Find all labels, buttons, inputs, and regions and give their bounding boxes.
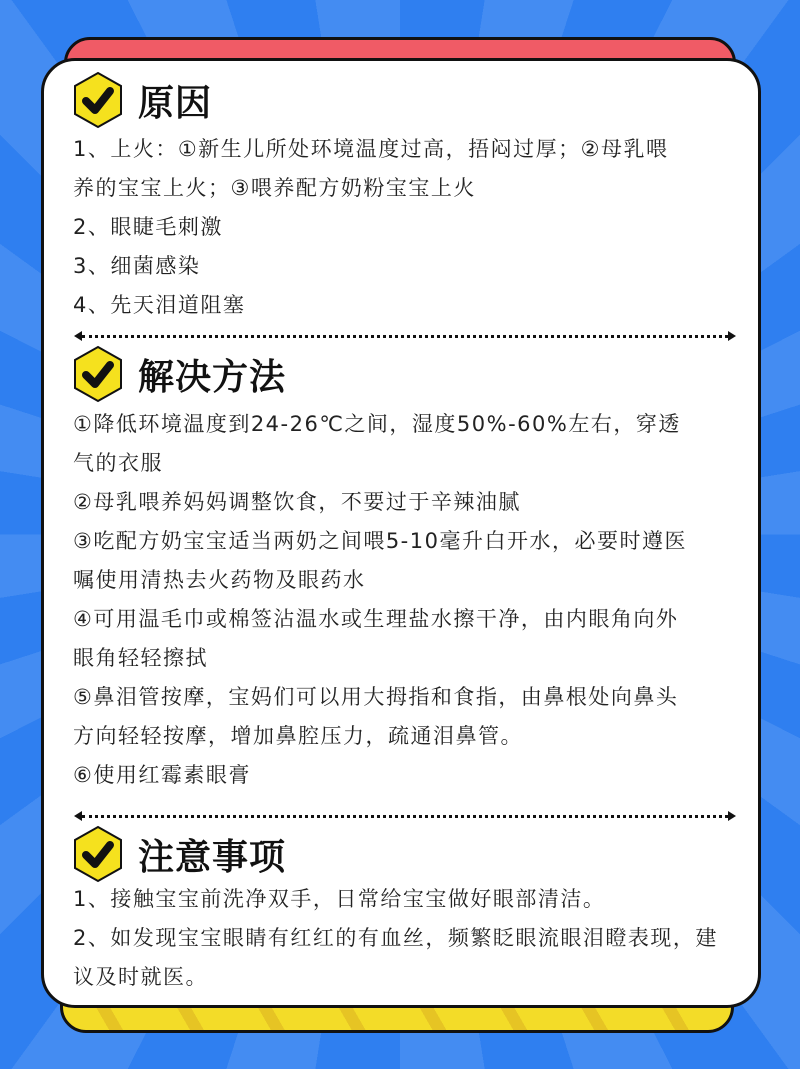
text-line: 2、如发现宝宝眼睛有红红的有血丝，频繁眨眼流眼泪瞪表现，建 — [73, 919, 743, 958]
text-line: 养的宝宝上火；③喂养配方奶粉宝宝上火 — [73, 169, 743, 208]
text-line: ⑤鼻泪管按摩，宝妈们可以用大拇指和食指，由鼻根处向鼻头 — [73, 678, 743, 717]
section-body-notes: 1、接触宝宝前洗净双手，日常给宝宝做好眼部清洁。 2、如发现宝宝眼睛有红红的有血… — [73, 880, 743, 997]
text-line: 气的衣服 — [73, 444, 743, 483]
arrow-right-icon — [728, 331, 736, 341]
check-hexagon-icon — [72, 345, 124, 403]
text-line: 1、接触宝宝前洗净双手，日常给宝宝做好眼部清洁。 — [73, 880, 743, 919]
text-line: 方向轻轻按摩，增加鼻腔压力，疏通泪鼻管。 — [73, 717, 743, 756]
section-title: 原因 — [138, 75, 212, 126]
dotted-divider — [74, 331, 736, 341]
check-hexagon-icon — [72, 71, 124, 129]
section-title: 注意事项 — [138, 829, 286, 880]
section-header-causes: 原因 — [72, 70, 212, 130]
dotted-divider — [74, 811, 736, 821]
section-title: 解决方法 — [138, 349, 286, 400]
arrow-left-icon — [74, 811, 82, 821]
text-line: 3、细菌感染 — [73, 247, 743, 286]
text-line: 2、眼睫毛刺激 — [73, 208, 743, 247]
text-line: 4、先天泪道阻塞 — [73, 286, 743, 325]
text-line: 1、上火：①新生儿所处环境温度过高，捂闷过厚；②母乳喂 — [73, 130, 743, 169]
dotted-line — [82, 815, 728, 818]
text-line: 眼角轻轻擦拭 — [73, 639, 743, 678]
dotted-line — [82, 335, 728, 338]
text-line: ②母乳喂养妈妈调整饮食，不要过于辛辣油腻 — [73, 483, 743, 522]
text-line: 嘱使用清热去火药物及眼药水 — [73, 561, 743, 600]
text-line: ⑥使用红霉素眼膏 — [73, 756, 743, 795]
check-hexagon-icon — [72, 825, 124, 883]
section-body-causes: 1、上火：①新生儿所处环境温度过高，捂闷过厚；②母乳喂 养的宝宝上火；③喂养配方… — [73, 130, 743, 325]
text-line: ①降低环境温度到24-26℃之间，湿度50%-60%左右，穿透 — [73, 405, 743, 444]
section-header-notes: 注意事项 — [72, 824, 286, 884]
section-body-solutions: ①降低环境温度到24-26℃之间，湿度50%-60%左右，穿透 气的衣服 ②母乳… — [73, 405, 743, 795]
text-line: ④可用温毛巾或棉签沾温水或生理盐水擦干净，由内眼角向外 — [73, 600, 743, 639]
arrow-right-icon — [728, 811, 736, 821]
arrow-left-icon — [74, 331, 82, 341]
text-line: ③吃配方奶宝宝适当两奶之间喂5-10毫升白开水，必要时遵医 — [73, 522, 743, 561]
text-line: 议及时就医。 — [73, 958, 743, 997]
section-header-solutions: 解决方法 — [72, 344, 286, 404]
